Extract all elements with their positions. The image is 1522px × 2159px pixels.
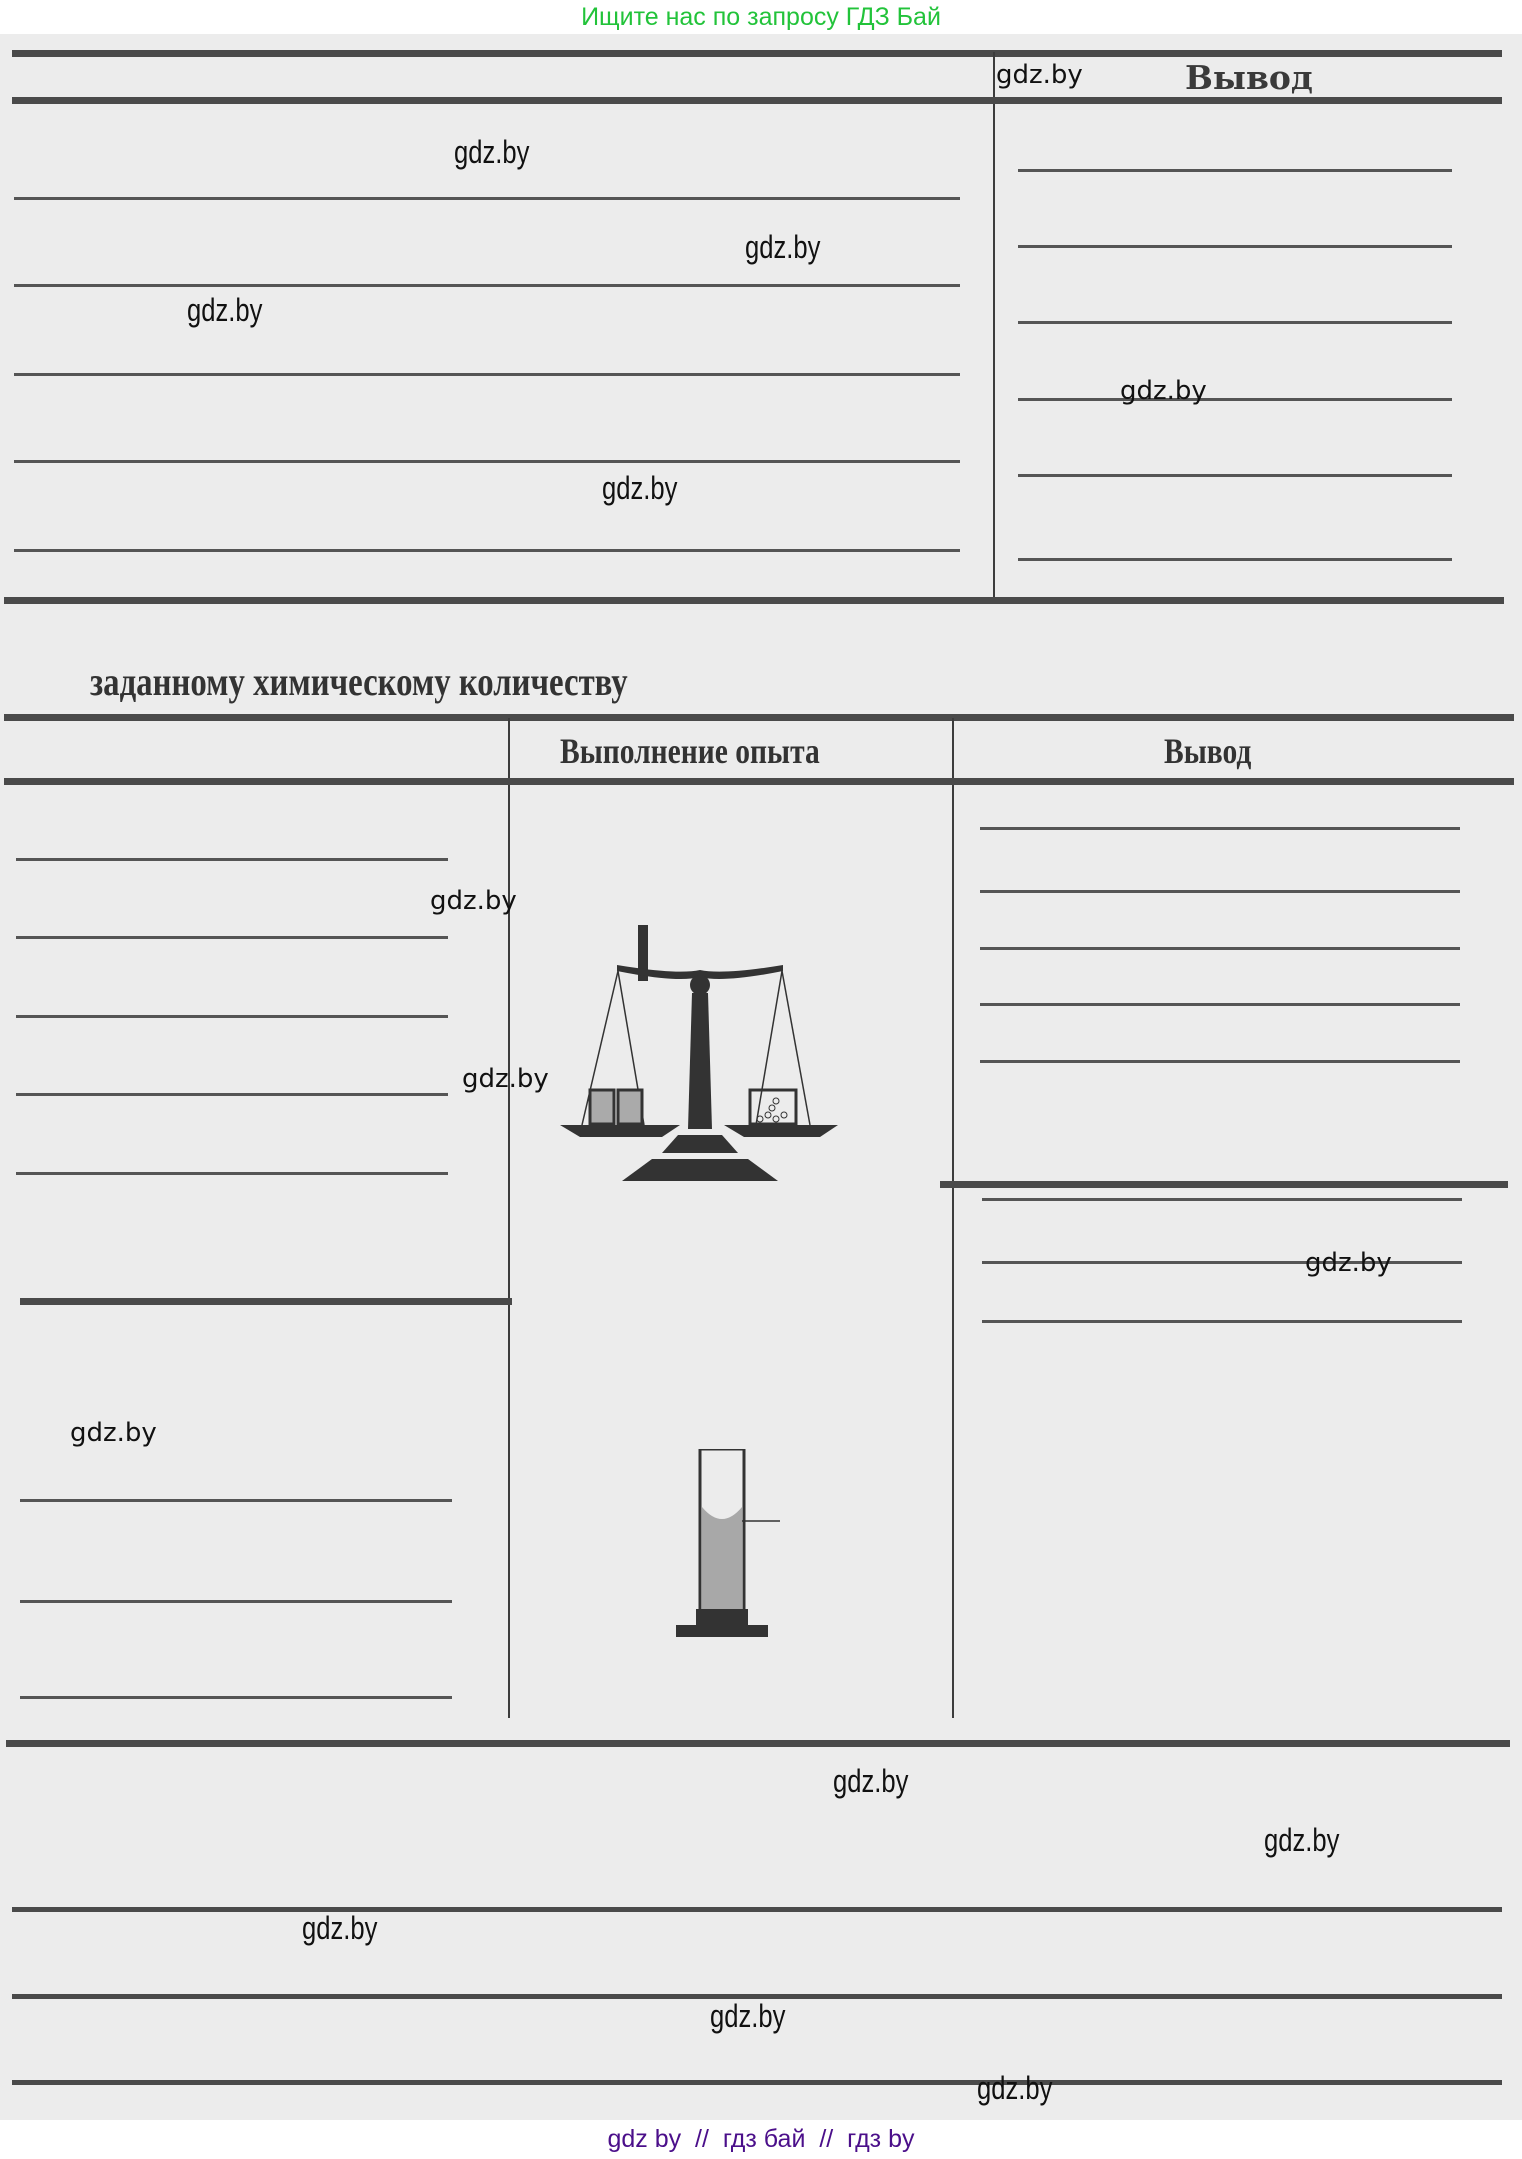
watermark: gdz.by [302,1910,377,1947]
writing-line [1018,558,1452,561]
writing-line [14,197,960,200]
top-table-header-conclusion: Вывод [1185,58,1313,97]
writing-line-lower [12,1907,1502,1912]
writing-line [16,936,448,939]
writing-line [16,1093,448,1096]
column-header-conclusion: Вывод [1164,730,1251,772]
banner-text: Ищите нас по запросу ГДЗ Бай [581,3,941,32]
watermark: gdz.by [187,292,262,329]
writing-line [980,947,1460,950]
watermark: gdz.by [70,1418,157,1448]
watermark: gdz.by [710,1998,785,2035]
writing-line [16,858,448,861]
watermark: gdz.by [1305,1248,1392,1278]
watermark: gdz.by [602,470,677,507]
top-banner: Ищите нас по запросу ГДЗ Бай [0,0,1522,34]
table-top-rule [4,714,1514,721]
watermark: gdz.by [462,1064,549,1094]
table-header-rule [4,778,1514,785]
writing-line [14,549,960,552]
writing-line [982,1320,1462,1323]
writing-line-lower [12,2080,1502,2085]
writing-line [980,1003,1460,1006]
writing-line [1018,245,1452,248]
watermark: gdz.by [1120,376,1207,406]
writing-line [980,1060,1460,1063]
table-bottom-rule [6,1740,1510,1747]
col-divider-1 [508,718,510,1718]
writing-line [20,1499,452,1502]
top-table-rule [12,50,1502,57]
section-heading: заданному химическому количеству [90,658,628,705]
writing-line [980,890,1460,893]
watermark: gdz.by [1264,1822,1339,1859]
top-table-header-rule [12,97,1502,104]
watermark: gdz.by [430,886,517,916]
top-table-bottom-rule [4,597,1504,604]
watermark: gdz.by [977,2070,1052,2107]
writing-line [14,460,960,463]
writing-line [1018,474,1452,477]
footer-banner: gdz by // гдз бай // гдз by [0,2120,1522,2159]
footer-text: gdz by // гдз бай // гдз by [607,2125,914,2154]
writing-line [16,1015,448,1018]
writing-line [20,1600,452,1603]
column-header-experiment: Выполнение опыта [560,730,820,772]
watermark: gdz.by [745,229,820,266]
writing-line [980,827,1460,830]
writing-line [1018,321,1452,324]
col-divider-2 [952,718,954,1718]
scanned-page: Вывод заданному химическому количеству В… [0,34,1522,2120]
watermark: gdz.by [833,1763,908,1800]
writing-line [1018,398,1452,401]
watermark: gdz.by [996,60,1083,90]
writing-line [14,284,960,287]
writing-line [20,1696,452,1699]
top-table-divider [993,52,995,600]
row-divider-left [20,1298,512,1305]
writing-line [982,1198,1462,1201]
writing-line [16,1172,448,1175]
measuring-cylinder-icon [676,1449,796,1649]
writing-line [1018,169,1452,172]
watermark: gdz.by [454,134,529,171]
row-divider-right [940,1181,1508,1188]
writing-line [14,373,960,376]
balance-scale-icon [560,925,840,1185]
